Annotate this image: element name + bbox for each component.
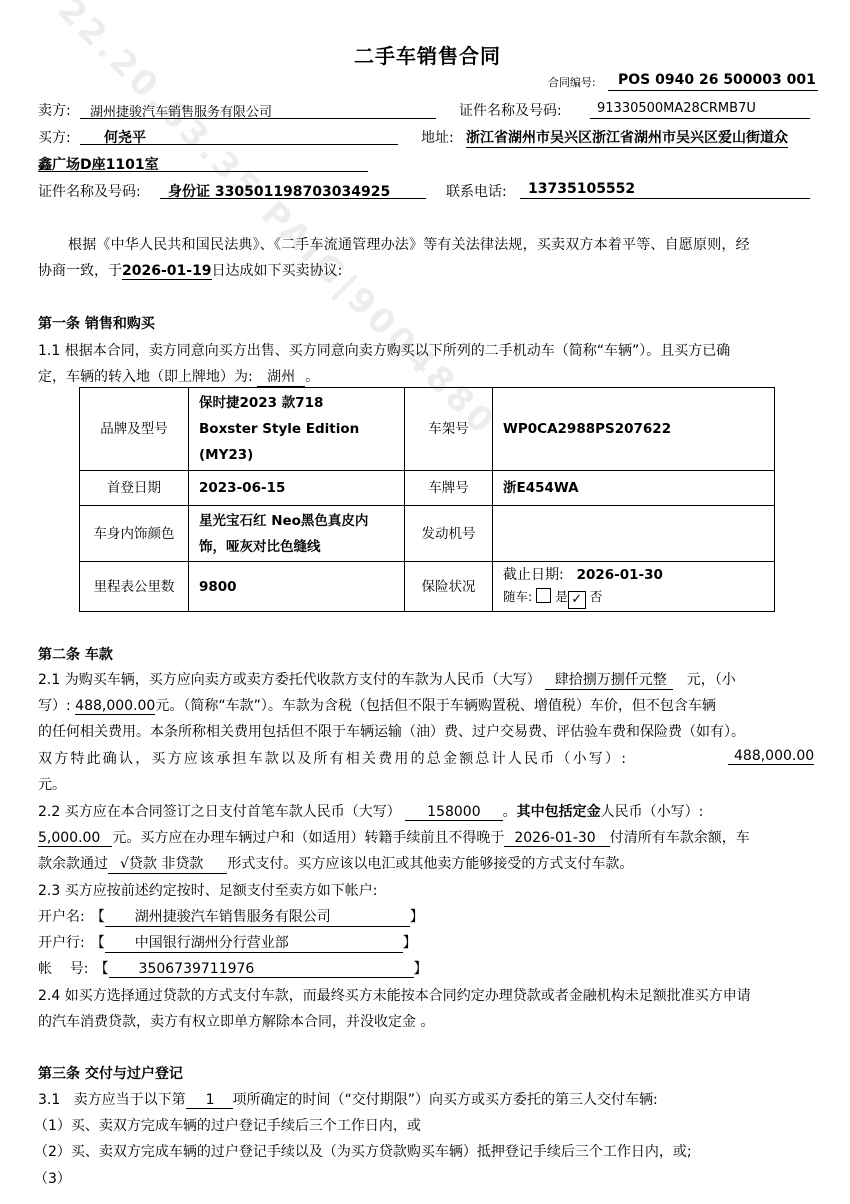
delivery-option-3: （3） [34,1168,71,1188]
table-label: 里程表公里数 [80,562,189,612]
account-no-row: 帐 号:【3506739711976】 [38,958,428,978]
preamble-line1: 根据《中华人民共和国民法典》、《二手车流通管理办法》等有关法律法规，买卖双方本着… [68,234,750,254]
article1-heading: 第一条 销售和购买 [38,313,155,333]
p21-line4: 双方特此确认，买方应该承担车款以及所有相关费用的总金额总计人民币（小写）: [38,748,628,768]
p31-prefix: 3.1 卖方应当于以下第 [38,1092,186,1108]
bracket-open: 【 [91,909,105,925]
account-no: 3506739711976 [109,961,414,978]
page-title: 二手车销售合同 [354,40,501,69]
delivery-option-1: （1）买、卖双方完成车辆的过户登记手续后三个工作日内，或 [34,1115,421,1135]
deposit-amount: 5,000.00 [38,830,112,847]
transfer-suffix: 。 [305,369,319,385]
model-line: 保时捷2023 款718 [199,390,394,416]
p21-line3: 的任何相关费用。本条所称相关费用包括但不限于车辆运输（油）费、过户交易费、评估验… [38,721,745,741]
bracket-close: 】 [403,935,417,951]
model-line: Boxster Style Edition [199,416,394,442]
contract-no-underline [608,90,818,91]
table-value-mileage: 9800 [189,562,405,612]
p24-line2: 的汽车消费贷款，卖方有权立即单方解除本合同，并没收定金 。 [38,1011,434,1031]
table-row: 车身内饰颜色 星光宝石红 Neo黑色真皮内 饰，哑灰对比色缝线 发动机号 [80,506,775,562]
table-label: 车身内饰颜色 [80,506,189,562]
p22-l2-suffix: 付清所有车款余额，车 [610,830,750,846]
delivery-option-2: （2）买、卖双方完成车辆的过户登记手续以及（为买方贷款购买车辆）抵押登记手续后三… [34,1141,692,1161]
yes-checkbox[interactable] [536,588,551,603]
amount-lower: 488,000.00 [75,698,155,715]
table-label: 保险状况 [405,562,493,612]
table-value-vin: WP0CA2988PS207622 [493,388,775,471]
account-name-label: 开户名: [38,909,85,925]
preamble-suffix: 日达成如下买卖协议: [212,263,343,279]
p31-line: 3.1 卖方应当于以下第1项所确定的时间（“交付期限”）向买方或买方委托的第三人… [38,1089,658,1109]
payment-method: √贷款 非贷款 [108,853,227,874]
p21-l1-suffix: 元，（小 [687,672,736,688]
amount-upper: 肆拾捌万捌仟元整 [545,669,673,690]
account-name: 湖州捷骏汽车销售服务有限公司 [105,906,410,927]
preamble-prefix: 协商一致，于 [38,263,122,279]
p22-l1-mid: 。 [503,804,517,820]
buyer-label: 买方: [38,127,71,147]
contract-page: 22.20.63.35 PAIG|9004880 二手车销售合同 合同编号: P… [0,0,850,1204]
no-label: 否 [590,589,603,604]
p31-suffix: 项所确定的时间（“交付期限”）向买方或买方委托的第三人交付车辆: [233,1092,658,1108]
model-line: (MY23) [199,442,394,468]
p22-l1-suffix: 人民币（小写）: [601,804,704,820]
insurance-with-car-row: 随车: 是✓ 否 [503,586,764,609]
article2-heading: 第二条 车款 [38,644,113,664]
table-label: 发动机号 [405,506,493,562]
address-line1: 浙江省湖州市吴兴区浙江省湖州市吴兴区爱山街道众 [466,127,788,148]
bracket-open: 【 [95,961,109,977]
table-value-color: 星光宝石红 Neo黑色真皮内 饰，哑灰对比色缝线 [189,506,405,562]
table-value-first-reg-date: 2023-06-15 [189,471,405,506]
insurance-deadline-label: 截止日期: [503,567,564,583]
bank-row: 开户行:【中国银行湖州分行营业部】 [38,932,417,953]
p24-line1: 2.4 如买方选择通过贷款的方式支付车款，而最终买方未能按本合同约定办理贷款或者… [38,985,751,1005]
preamble-line2: 协商一致，于2026-01-19日达成如下买卖协议: [38,260,342,280]
bank-label: 开户行: [38,935,85,951]
insurance-deadline-row: 截止日期: 2026-01-30 [503,564,764,586]
table-label: 车架号 [405,388,493,471]
seller-label: 卖方: [38,100,71,120]
p21-line2: 写）: 488,000.00元。（简称“车款”）。车款为含税（包括但不限于车辆购… [38,695,716,715]
transfer-city: 湖州 [257,366,305,387]
account-no-label: 帐 号: [38,961,89,977]
total-amount: 488,000.00 [728,748,814,765]
delivery-item-no: 1 [186,1092,233,1109]
color-line: 星光宝石红 Neo黑色真皮内 [199,508,394,534]
bracket-close: 】 [414,961,428,977]
yes-label: 是 [555,589,568,604]
address-underline [38,171,368,172]
p21-l1-prefix: 2.1 为购买车辆，买方应向卖方或卖方委托代收款方支付的车款为人民币（大写） [38,672,541,688]
p22-line1: 2.2 买方应在本合同签订之日支付首笔车款人民币（大写） 158000。其中包括… [38,801,703,821]
p22-line2: 5,000.00元。买方应在办理车辆过户和（如适用）转籍手续前且不得晚于2026… [38,827,750,847]
bank-name: 中国银行湖州分行营业部 [105,932,403,953]
article1-p1-line2: 定，车辆的转入地（即上牌地）为: 湖州。 [38,366,319,387]
p22-line3: 款余款通过√贷款 非贷款形式支付。买方应该以电汇或其他卖方能够接受的方式支付车款… [38,853,633,874]
table-label: 车牌号 [405,471,493,506]
table-value-model: 保时捷2023 款718 Boxster Style Edition (MY23… [189,388,405,471]
p22-l1-prefix: 2.2 买方应在本合同签订之日支付首笔车款人民币（大写） [38,804,401,820]
seller-id-underline [590,118,810,119]
article1-p1-line1: 1.1 根据本合同，卖方同意向买方出售、买方同意向卖方购买以下所列的二手机动车（… [38,340,730,360]
color-line: 饰，哑灰对比色缝线 [199,534,394,560]
vehicle-table: 品牌及型号 保时捷2023 款718 Boxster Style Edition… [79,387,775,612]
table-row: 首登日期 2023-06-15 车牌号 浙E454WA [80,471,775,506]
contract-no: POS 0940 26 500003 001 [618,72,816,88]
no-checkbox-checked[interactable]: ✓ [568,591,586,609]
table-label: 首登日期 [80,471,189,506]
buyer-id-underline [160,198,426,199]
payment-deadline: 2026-01-30 [504,830,609,847]
table-row: 里程表公里数 9800 保险状况 截止日期: 2026-01-30 随车: 是✓… [80,562,775,612]
seller-id: 91330500MA28CRMB7U [597,101,756,116]
account-name-row: 开户名:【湖州捷骏汽车销售服务有限公司】 [38,906,424,927]
table-value-plate: 浙E454WA [493,471,775,506]
transfer-prefix: 定，车辆的转入地（即上牌地）为: [38,369,253,385]
with-car-label: 随车: [503,589,532,604]
p21-line5: 元。 [38,774,66,794]
buyer-underline [80,144,398,145]
table-row: 品牌及型号 保时捷2023 款718 Boxster Style Edition… [80,388,775,471]
bracket-close: 】 [410,909,424,925]
table-value-engine-no [493,506,775,562]
seller-id-label: 证件名称及号码: [459,100,562,120]
first-payment: 158000 [405,804,502,821]
p22-l3-suffix: 形式支付。买方应该以电汇或其他卖方能够接受的方式支付车款。 [227,856,633,872]
buyer-id-label: 证件名称及号码: [38,181,141,201]
p22-l2-mid: 元。买方应在办理车辆过户和（如适用）转籍手续前且不得晚于 [112,830,504,846]
phone-label: 联系电话: [446,181,507,201]
p21-l2-suffix: 元。（简称“车款”）。车款为含税（包括但不限于车辆购置税、增值税）车价，但不包含… [155,698,716,714]
p21-l2-prefix: 写）: [38,698,71,714]
table-label: 品牌及型号 [80,388,189,471]
contract-no-label: 合同编号: [548,74,596,90]
address-label: 地址: [421,127,454,147]
deposit-included-text: 其中包括定金 [517,804,601,820]
p22-l3-prefix: 款余款通过 [38,856,108,872]
seller-underline [80,118,436,119]
phone: 13735105552 [528,181,635,197]
bracket-open: 【 [91,935,105,951]
article3-heading: 第三条 交付与过户登记 [38,1063,183,1083]
phone-underline [520,198,810,199]
p21-l4-prefix: 双方特此确认，买方应该承担车款以及所有相关费用的总金额总计人民币（小写）: [38,751,628,767]
p23-intro: 2.3 买方应按前述约定按时、足额支付至卖方如下帐户: [38,880,377,900]
table-value-insurance: 截止日期: 2026-01-30 随车: 是✓ 否 [493,562,775,612]
p21-line1: 2.1 为购买车辆，买方应向卖方或卖方委托代收款方支付的车款为人民币（大写）肆拾… [38,669,736,690]
agreement-date: 2026-01-19 [122,263,212,280]
insurance-deadline: 2026-01-30 [577,567,663,583]
